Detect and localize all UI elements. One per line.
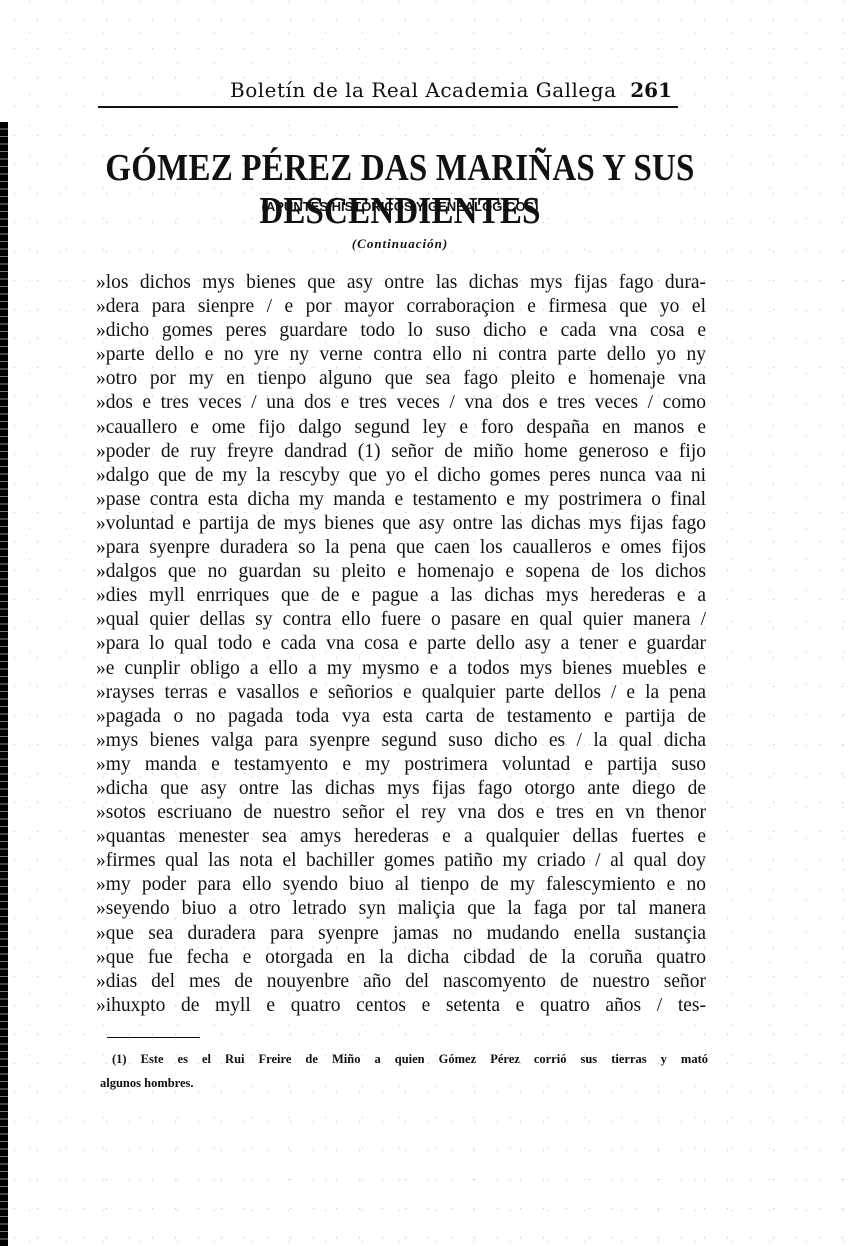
footnote: (1) Este es el Rui Freire de Miño a quie… <box>100 1047 708 1095</box>
body-line: »dies myll enrriques que de e pague a la… <box>96 584 706 608</box>
body-line: »pase contra esta dicha my manda e testa… <box>96 488 706 512</box>
body-line: »my poder para ello syendo biuo al tienp… <box>96 873 706 897</box>
footnote-rule <box>107 1037 200 1038</box>
body-line: »parte dello e no yre ny verne contra el… <box>96 343 706 367</box>
body-line: »voluntad e partija de mys bienes que as… <box>96 512 706 536</box>
body-line: »firmes qual las nota el bachiller gomes… <box>96 849 706 873</box>
body-line: »quantas menester sea amys herederas e a… <box>96 825 706 849</box>
body-line: »seyendo biuo a otro letrado syn maliçia… <box>96 897 706 921</box>
body-line: »ihuxpto de myll e quatro centos e seten… <box>96 994 706 1018</box>
body-line: »dicha que asy ontre las dichas mys fija… <box>96 777 706 801</box>
footnote-line-1: (1) Este es el Rui Freire de Miño a quie… <box>100 1047 708 1071</box>
body-line: »cauallero e ome fijo dalgo segund ley e… <box>96 416 706 440</box>
continuation-label: (Continuación) <box>90 236 710 252</box>
body-line: »dera para sienpre / e por mayor corrabo… <box>96 295 706 319</box>
journal-title: Boletín de la Real Academia Gallega <box>230 78 617 102</box>
body-line: »sotos escriuano de nuestro señor el rey… <box>96 801 706 825</box>
body-line: »para lo qual todo e cada vna cosa e par… <box>96 632 706 656</box>
body-line: »mys bienes valga para syenpre segund su… <box>96 729 706 753</box>
page-number: 261 <box>630 78 672 102</box>
body-line: »qual quier dellas sy contra ello fuere … <box>96 608 706 632</box>
body-line: »que fue fecha e otorgada en la dicha ci… <box>96 946 706 970</box>
body-line: »pagada o no pagada toda vya esta carta … <box>96 705 706 729</box>
body-line: »otro por my en tienpo alguno que sea fa… <box>96 367 706 391</box>
body-line: »rayses terras e vasallos e señorios e q… <box>96 681 706 705</box>
body-text: »los dichos mys bienes que asy ontre las… <box>96 271 706 1018</box>
body-line: »dalgo que de my la rescyby que yo el di… <box>96 464 706 488</box>
body-line: »para syenpre duradera so la pena que ca… <box>96 536 706 560</box>
body-line: »que sea duradera para syenpre jamas no … <box>96 922 706 946</box>
body-line: »dias del mes de nouyenbre año del nasco… <box>96 970 706 994</box>
body-line: »e cunplir obligo a ello a my mysmo e a … <box>96 657 706 681</box>
body-line: »dalgos que no guardan su pleito e homen… <box>96 560 706 584</box>
article-title: GÓMEZ PÉREZ DAS MARIÑAS Y SUS DESCENDIEN… <box>90 148 710 233</box>
running-header: Boletín de la Real Academia Gallega 261 <box>98 76 678 108</box>
body-line: »dos e tres veces / una dos e tres veces… <box>96 391 706 415</box>
body-line: »los dichos mys bienes que asy ontre las… <box>96 271 706 295</box>
article-subtitle: (APUNTES HISTÓRICOS Y GENEALÓGICOS) <box>90 199 710 214</box>
body-line: »dicho gomes peres guardare todo lo suso… <box>96 319 706 343</box>
footnote-line-2: algunos hombres. <box>100 1071 708 1095</box>
page-binding-edge <box>0 122 8 1246</box>
body-line: »poder de ruy freyre dandrad (1) señor d… <box>96 440 706 464</box>
body-line: »my manda e testamyento e my postrimera … <box>96 753 706 777</box>
